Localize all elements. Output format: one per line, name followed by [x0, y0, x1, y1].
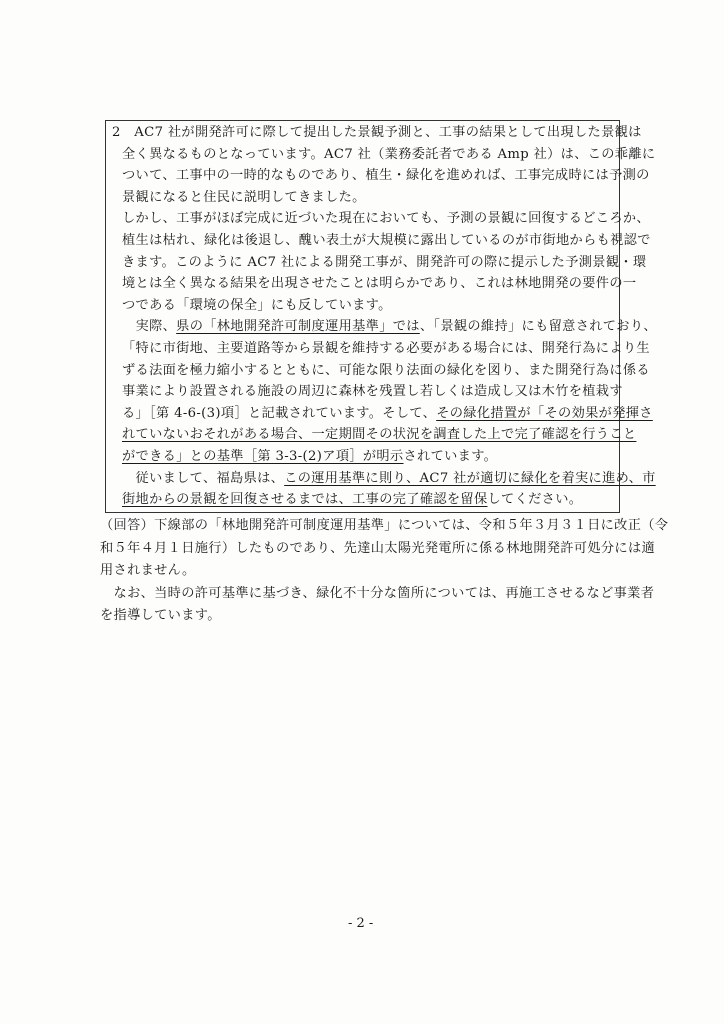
request-line: きます。このように AC7 社による開発工事が、開発許可の際に提示した予測景観・…	[122, 253, 646, 273]
text-segment: 従いまして、福島県は、	[122, 471, 284, 486]
underlined-text: 県の「林地開発許可制度運用基準」では	[176, 319, 420, 334]
request-line: 「特に市街地、主要道路等から景観を維持する必要がある場合には、開発行為により生	[122, 339, 650, 359]
underlined-text: この運用基準に則り、AC7 社が適切に緑化を着実に進め、市	[284, 471, 656, 486]
text-segment: 景観になると住民に説明してきました。	[122, 190, 366, 205]
request-line: 実際、県の「林地開発許可制度運用基準」では、「景観の維持」にも留意されており、	[122, 317, 657, 337]
request-line: 植生は枯れ、緑化は後退し、醜い表土が大規模に露出しているのが市街地からも視認で	[122, 231, 651, 251]
text-segment: 事業により設置される施設の周辺に森林を残置し若しくは造成し又は木竹を植栽す	[122, 384, 623, 399]
request-line: ずる法面を極力縮小するとともに、可能な限り法面の緑化を図り、また開発行為に係る	[122, 361, 650, 381]
answer-line: 用されません。	[100, 561, 196, 581]
request-line: れていないおそれがある場合、一定期間その状況を調査した上で完了確認を行うこと	[122, 425, 636, 445]
text-segment: きます。このように AC7 社による開発工事が、開発許可の際に提示した予測景観・…	[122, 255, 646, 270]
request-line: しかし、工事がほぼ完成に近づいた現在においても、予測の景観に回復するどころか、	[122, 209, 650, 229]
request-line: 街地からの景観を回復させるまでは、工事の完了確認を留保してください。	[122, 490, 582, 510]
text-segment: つである「環境の保全」にも反しています。	[122, 298, 392, 313]
answer-line: （回答）下線部の「林地開発許可制度運用基準」については、令和５年３月３１日に改正…	[100, 516, 668, 536]
underlined-text: れていないおそれがある場合、一定期間その状況を調査した上で完了確認を行うこと	[122, 427, 636, 442]
text-segment: ついて、工事中の一時的なものであり、植生・緑化を進めれば、工事完成時には予測の	[122, 168, 650, 183]
underlined-text: ができる」との基準［第 3-3-(2)ア項］が明示	[122, 449, 404, 464]
text-segment: されています。	[404, 449, 498, 464]
document-page: 2 AC7 社が開発許可に際して提出した景観予測と、工事の結果として出現した景観…	[0, 0, 724, 1024]
text-segment: 植生は枯れ、緑化は後退し、醜い表土が大規模に露出しているのが市街地からも視認で	[122, 233, 651, 248]
text-segment: ずる法面を極力縮小するとともに、可能な限り法面の緑化を図り、また開発行為に係る	[122, 363, 650, 378]
text-segment: 、「景観の維持」にも留意されており、	[420, 319, 657, 334]
request-line: 全く異なるものとなっています。AC7 社（業務委託者である Amp 社）は、この…	[122, 145, 655, 165]
underlined-text: その緑化措置が「その効果が発揮さ	[436, 406, 653, 421]
request-line: 事業により設置される施設の周辺に森林を残置し若しくは造成し又は木竹を植栽す	[122, 382, 623, 402]
answer-line: なお、当時の許可基準に基づき、緑化不十分な箇所については、再施工させるなど事業者	[100, 584, 654, 604]
underlined-text: 街地からの景観を回復させるまでは、工事の完了確認を留保	[122, 492, 488, 507]
text-segment: 全く異なるものとなっています。AC7 社（業務委託者である Amp 社）は、この…	[122, 147, 655, 162]
text-segment: しかし、工事がほぼ完成に近づいた現在においても、予測の景観に回復するどころか、	[122, 211, 650, 226]
request-line: つである「環境の保全」にも反しています。	[122, 296, 392, 316]
request-line: 従いまして、福島県は、この運用基準に則り、AC7 社が適切に緑化を着実に進め、市	[122, 469, 656, 489]
request-line: ができる」との基準［第 3-3-(2)ア項］が明示されています。	[122, 447, 497, 467]
page-number: - 2 -	[348, 916, 373, 931]
request-line: 景観になると住民に説明してきました。	[122, 188, 366, 208]
text-segment: してください。	[488, 492, 583, 507]
request-line: 境とは全く異なる結果を出現させたことは明らかであり、これは林地開発の要件の一	[122, 274, 636, 294]
answer-line: を指導しています。	[100, 606, 221, 626]
text-segment: 境とは全く異なる結果を出現させたことは明らかであり、これは林地開発の要件の一	[122, 276, 636, 291]
request-line: る」［第 4-6-(3)項］と記載されています。そして、その緑化措置が「その効果…	[122, 404, 653, 424]
text-segment: 実際、	[122, 319, 176, 334]
request-line: ついて、工事中の一時的なものであり、植生・緑化を進めれば、工事完成時には予測の	[122, 166, 650, 186]
text-segment: 2 AC7 社が開発許可に際して提出した景観予測と、工事の結果として出現した景観…	[112, 125, 642, 140]
answer-line: 和５年４月１日施行）したものであり、先達山太陽光発電所に係る林地開発許可処分には…	[100, 539, 655, 559]
request-line: 2 AC7 社が開発許可に際して提出した景観予測と、工事の結果として出現した景観…	[112, 123, 642, 143]
text-segment: 「特に市街地、主要道路等から景観を維持する必要がある場合には、開発行為により生	[122, 341, 650, 356]
text-segment: る」［第 4-6-(3)項］と記載されています。そして、	[122, 406, 436, 421]
